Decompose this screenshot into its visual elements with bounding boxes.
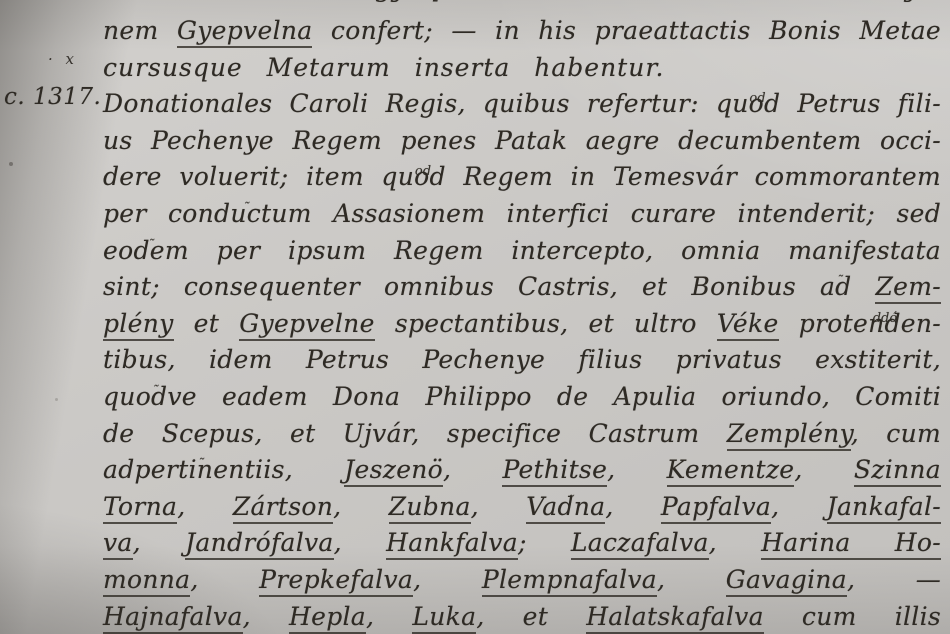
text-segment: protenden-ddó — [799, 309, 941, 338]
text-segment: , — [333, 492, 389, 521]
text-segment — [779, 309, 799, 338]
text-segment: per — [103, 199, 168, 228]
text-segment: ad˜ — [820, 272, 852, 301]
underlined-place-name: Véke — [717, 309, 779, 341]
text-segment: ; — [518, 528, 571, 557]
cropped-line-fragment: ad Bágy; qu — [300, 0, 457, 3]
text-segment: conductum˜ — [168, 199, 312, 228]
underlined-place-name: Vadna˜ — [526, 492, 605, 524]
manuscript-line: tibus, idem Petrus Pechenye filius priva… — [103, 342, 941, 379]
text-segment: , — [657, 565, 726, 594]
manuscript-line: us Pechenye Regem penes Patak aegre decu… — [103, 123, 941, 160]
text-segment: eadem Dona Philippo de Apulia oriundo, C… — [197, 382, 941, 411]
manuscript-line: per conductum˜ Assasionem interfici cura… — [103, 196, 941, 233]
underlined-place-name: Halatskafalva — [586, 602, 764, 634]
underlined-place-name: Kementze — [667, 455, 795, 487]
text-segment: , — [243, 602, 289, 631]
superscript-correction: od — [415, 154, 431, 191]
underlined-place-name: Szinna — [854, 455, 941, 487]
manuscript-line: eodem˜ per ipsum Regem intercepto, omnia… — [103, 233, 941, 270]
text-segment: cum illis — [764, 602, 941, 631]
manuscript-line: de Scepus, et Ujvár, specifice Castrum Z… — [103, 416, 941, 453]
text-segment: , — [709, 528, 761, 557]
underlined-place-name: Zártson — [233, 492, 333, 524]
underlined-place-name: Gyepvelne — [239, 309, 374, 341]
text-segment: , et — [476, 602, 586, 631]
superscript-correction: ˜ — [198, 447, 205, 484]
underlined-place-name: Jandrófalva — [185, 528, 334, 560]
text-segment: , — [133, 528, 185, 557]
manuscript-line: plény et Gyepvelne spectantibus, et ultr… — [103, 306, 941, 343]
text-segment: Regem in Temesvár commorantem — [446, 162, 941, 191]
manuscript-line: Donationales Caroli Regis, quibus refert… — [103, 86, 941, 123]
superscript-correction: ˜ — [148, 228, 155, 265]
manuscript-line: dere voluerit; item quodod Regem in Teme… — [103, 159, 941, 196]
text-segment: , — [177, 492, 233, 521]
manuscript-line: adpertinentiis˜, Jeszenö, Pethitse, Keme… — [103, 452, 941, 489]
cropped-line-fragment: ó — [756, 0, 772, 3]
text-segment: quodod — [716, 89, 780, 118]
text-segment: , — [334, 528, 386, 557]
text-segment: , cum — [851, 419, 941, 448]
manuscript-text-block: nem Gyepvelna confert; — in his praeatta… — [103, 13, 941, 634]
superscript-correction: ˜ — [567, 484, 574, 521]
text-segment: de Scepus, et Ujvár, specifice Castrum — [103, 419, 727, 448]
underlined-place-name: plény — [103, 309, 174, 341]
text-segment: , — [605, 492, 661, 521]
underlined-place-name: Zem- — [875, 272, 941, 304]
text-segment: dere voluerit; item — [103, 162, 381, 191]
underlined-place-name: Prepkefalva — [259, 565, 413, 597]
text-segment: per ipsum Regem intercepto, omnia manife… — [189, 236, 941, 265]
underlined-place-name: Hepla — [289, 602, 366, 634]
text-segment: , — [366, 602, 412, 631]
underlined-place-name: Gavagina — [726, 565, 847, 597]
underlined-place-name: Gyepvelna — [177, 16, 313, 48]
manuscript-line: cursusque Metarum inserta habentur. — [103, 50, 941, 87]
text-segment: quodod — [381, 162, 445, 191]
text-segment: Donationales Caroli Regis, quibus refert… — [103, 89, 716, 118]
text-segment: adpertinentiis˜ — [103, 455, 285, 484]
margin-check-mark: · x — [48, 50, 78, 68]
superscript-correction: od — [749, 81, 765, 118]
underlined-place-name: Zemplény — [727, 419, 851, 451]
paper-speck — [55, 398, 58, 401]
underlined-place-name: Plempnafalva — [482, 565, 657, 597]
text-segment: us Pechenye Regem penes Patak aegre decu… — [103, 126, 941, 155]
underlined-place-name: monna — [103, 565, 190, 597]
manuscript-line: monna, Prepkefalva, Plempnafalva, Gavagi… — [103, 562, 941, 599]
underlined-place-name: Jankafal- — [827, 492, 941, 524]
underlined-place-name: Hankfalva — [386, 528, 518, 560]
manuscript-line: va, Jandrófalva, Hankfalva; Laczafalva, … — [103, 525, 941, 562]
superscript-correction: ˜ — [152, 374, 159, 411]
underlined-place-name: Luka — [412, 602, 476, 634]
text-segment: nem — [103, 16, 177, 45]
text-segment: , — [471, 492, 527, 521]
underlined-place-name: Harina Ho- — [761, 528, 941, 560]
manuscript-line: nem Gyepvelna confert; — in his praeatta… — [103, 13, 941, 50]
underlined-place-name: Pethitse — [502, 455, 607, 487]
text-segment: , — [285, 455, 344, 484]
underlined-place-name: Papfalva — [661, 492, 771, 524]
text-segment: , — [771, 492, 827, 521]
underlined-place-name: Zubna — [389, 492, 471, 524]
text-segment: , — [413, 565, 482, 594]
text-segment — [851, 272, 875, 301]
paper-speck — [9, 162, 13, 166]
text-segment: tibus, idem Petrus Pechenye filius priva… — [103, 345, 941, 374]
cropped-line-fragment: Dem — [556, 0, 617, 3]
text-segment: confert; — in his praeattactis Bonis Met… — [312, 16, 941, 45]
underlined-place-name: Torna — [103, 492, 177, 524]
text-segment: cursusque Metarum inserta habentur. — [103, 53, 664, 82]
text-segment: Petrus fili- — [780, 89, 941, 118]
underlined-place-name: Laczafalva — [571, 528, 709, 560]
text-segment: sint; consequenter omnibus Castris, et B… — [103, 272, 820, 301]
superscript-correction: ˜ — [243, 191, 250, 228]
text-segment: , — [607, 455, 666, 484]
underlined-place-name: Jeszenö — [344, 455, 443, 487]
text-segment: spectantibus, et ultro — [375, 309, 717, 338]
superscript-correction: ˜ — [836, 264, 843, 301]
underlined-place-name: Hajnafalva — [103, 602, 243, 634]
margin-entry-number: c. 1317. — [4, 84, 101, 110]
text-segment: , — [443, 455, 502, 484]
text-segment: Assasionem interfici curare intenderit; … — [312, 199, 941, 228]
manuscript-line: sint; consequenter omnibus Castris, et B… — [103, 269, 941, 306]
text-segment: quodve˜ — [103, 382, 197, 411]
text-segment: eodem˜ — [103, 236, 189, 265]
text-segment: , — [190, 565, 259, 594]
text-segment: , — [794, 455, 853, 484]
manuscript-line: quodve˜ eadem Dona Philippo de Apulia or… — [103, 379, 941, 416]
superscript-correction: ddó — [873, 301, 897, 338]
text-segment: , — — [847, 565, 941, 594]
manuscript-line: Hajnafalva, Hepla, Luka, et Halatskafalv… — [103, 599, 941, 634]
underlined-place-name: va — [103, 528, 133, 560]
text-segment: et — [174, 309, 240, 338]
manuscript-page: ad Bágy; quDemóLy · x c. 1317. nem Gyepv… — [0, 0, 950, 634]
cropped-line-fragment: Ly — [888, 0, 920, 3]
manuscript-line: Torna, Zártson, Zubna, Vadna˜, Papfalva,… — [103, 489, 941, 526]
